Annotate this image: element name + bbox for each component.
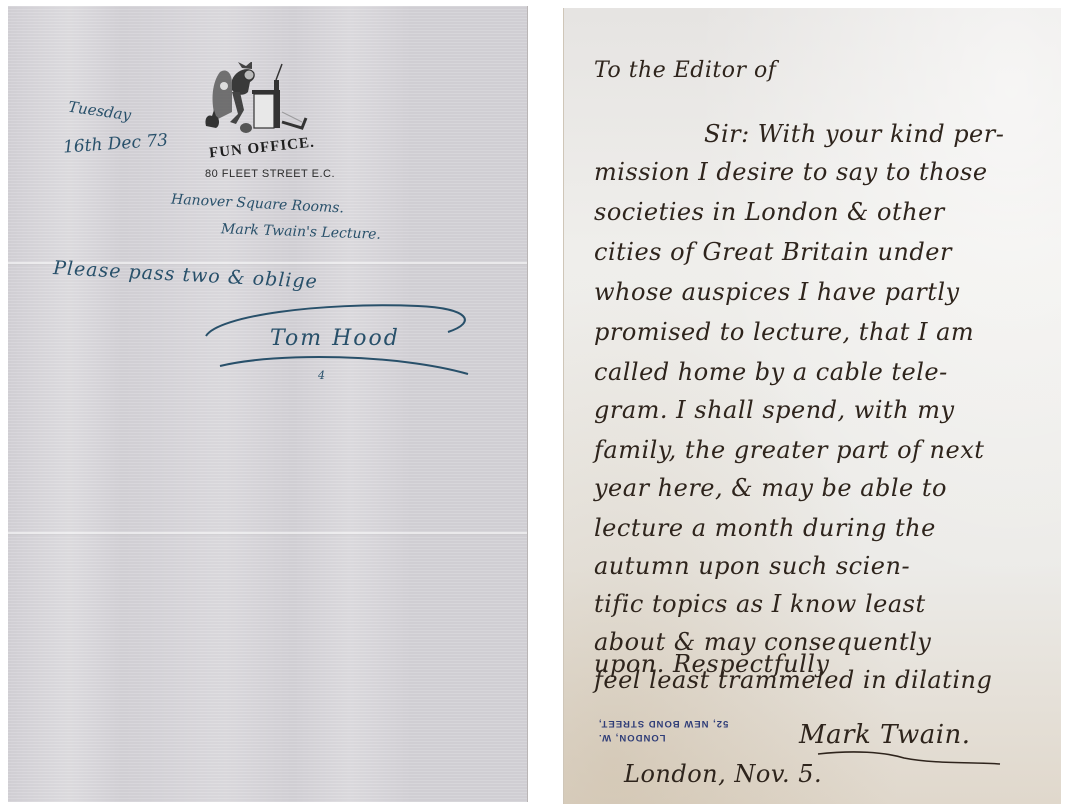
letterhead-address: 80 FLEET STREET E.C.: [205, 168, 335, 180]
fold-crease: [8, 532, 527, 534]
letter-line: gram. I shall spend, with my: [594, 396, 955, 424]
signature-underline-icon: [814, 748, 1004, 768]
letter-date: 16th Dec 73: [62, 130, 168, 157]
right-letter-page: To the Editor of Sir: With your kind per…: [563, 8, 1061, 804]
letter-venue: Hanover Square Rooms.: [171, 191, 345, 216]
letter-salutation: To the Editor of: [594, 58, 776, 83]
letter-line: Sir: With your kind per-: [704, 120, 1004, 148]
letter-line: year here, & may be able to: [594, 474, 947, 502]
letter-line: lecture a month during the: [594, 514, 936, 542]
stamp-line-1: 52, NEW BOND STREET,: [598, 716, 728, 730]
stamp-line-2: LONDON, W.: [598, 730, 728, 744]
left-letter-page: FUN OFFICE. 80 FLEET STREET E.C. Tuesday…: [8, 6, 528, 802]
letter-line: cities of Great Britain under: [594, 238, 952, 266]
signature-mark: 4: [318, 369, 325, 382]
letter-line: called home by a cable tele-: [594, 358, 948, 386]
letter-line: promised to lecture, that I am: [594, 318, 974, 346]
letter-line: societies in London & other: [594, 198, 945, 226]
letter-closing: upon. Respectfully: [594, 650, 829, 678]
letter-line: family, the greater part of next: [594, 436, 984, 464]
stationer-stamp: LONDON, W. 52, NEW BOND STREET,: [598, 716, 728, 744]
letter-line: autumn upon such scien-: [594, 552, 910, 580]
letter-day: Tuesday: [67, 98, 132, 125]
signature-mark-twain: Mark Twain.: [799, 720, 971, 750]
jester-writing-at-desk-icon: [202, 62, 312, 140]
letter-place-date: London, Nov. 5.: [624, 760, 822, 788]
letter-line: whose auspices I have partly: [594, 278, 960, 306]
letter-event: Mark Twain's Lecture.: [221, 221, 381, 243]
letter-line: mission I desire to say to those: [594, 158, 988, 186]
letter-line: tific topics as I know least: [594, 590, 926, 618]
signature-tom-hood: Tom Hood: [270, 326, 400, 351]
